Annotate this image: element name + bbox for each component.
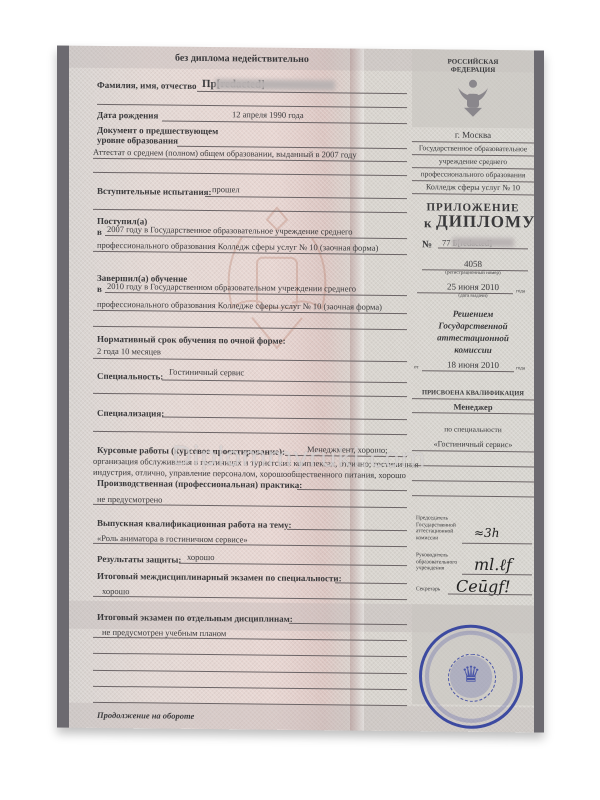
qualification-value: Менеджер (412, 401, 534, 412)
country-line-2: ФЕДЕРАЦИЯ (412, 65, 534, 74)
specialty-value-right: «Гостиничный сервис» (412, 439, 534, 449)
term-label: Нормативный срок обучения по очной форме… (97, 334, 286, 346)
term-value: 2 года 10 месяцев (97, 346, 161, 357)
institution-line-2: учреждение среднего (412, 156, 534, 166)
prev-doc-label-2: уровне образования (97, 135, 178, 146)
defense-value: хорошо (187, 552, 214, 562)
validity-note: без диплома недействительно (175, 53, 309, 65)
title-prefix: к (424, 215, 432, 231)
issue-caption: (дата выдачи) (412, 293, 534, 299)
discipline-exam-label: Итоговый экзамен по отдельным дисциплина… (97, 612, 293, 624)
seal-eagle-icon: ♛ (460, 662, 482, 688)
decision-year-word: года (516, 366, 525, 371)
institution-line-1: Государственное образовательное (412, 143, 534, 153)
institution-line-3: профессионального образования (412, 169, 534, 179)
diploma-supplement: без диплома недействительно Фамилия, имя… (57, 45, 544, 732)
specialty-value: Гостиничный сервис (169, 367, 244, 378)
birth-value: 12 апреля 1990 года (232, 109, 304, 120)
right-edge (534, 50, 544, 732)
reg-number: 4058 (412, 258, 534, 269)
final-exam-value: хорошо (102, 586, 129, 596)
head-signature: ml.ℓf (474, 555, 512, 575)
name-label: Фамилия, имя, отчество (97, 80, 197, 91)
left-edge (57, 45, 69, 727)
thesis-label: Выпускная квалификационная работа на тем… (97, 518, 292, 530)
redaction-number (452, 238, 514, 248)
diploma-title: ДИПЛОМУ (436, 211, 536, 232)
number-label: № (422, 239, 432, 250)
decision-line-4: комиссии (412, 343, 534, 356)
city: г. Москва (412, 129, 534, 140)
continued-note: Продолжение на обороте (97, 710, 194, 721)
secretary-label: Секретарь (416, 586, 440, 592)
defense-label: Результаты защиты: (97, 554, 181, 565)
finished-prefix: в (97, 284, 102, 294)
entrance-value: прошел (212, 184, 240, 194)
qualification-label: ПРИСВОЕНА КВАЛИФИКАЦИЯ (412, 389, 534, 397)
final-exam-label: Итоговый междисциплинарный экзамен по сп… (97, 571, 342, 584)
specialty-label: Специальность: (97, 371, 163, 382)
chair-label: Председатель Государственной аттестацион… (416, 515, 456, 541)
head-label: Руководитель образовательного учреждения (416, 552, 457, 572)
reg-caption: (регистрационный номер) (412, 270, 534, 276)
practice-label: Производственная (профессиональная) прак… (97, 478, 302, 490)
coat-of-arms-icon (456, 78, 490, 118)
redaction-name (215, 79, 335, 90)
birth-label: Дата рождения (97, 110, 158, 121)
practice-value: не предусмотрено (97, 494, 162, 505)
chair-signature: ≈3h (474, 526, 499, 540)
by-specialty: по специальности (412, 424, 534, 434)
enrolled-prefix: в (97, 227, 102, 237)
entrance-label: Вступительные испытания: (97, 186, 212, 197)
institution-line-4: Колледж сферы услуг № 10 (412, 182, 534, 192)
watermark: Diplommyruki.com (172, 442, 426, 475)
specialization-label: Специализация: (97, 408, 164, 419)
official-seal: ♛ (419, 624, 523, 729)
